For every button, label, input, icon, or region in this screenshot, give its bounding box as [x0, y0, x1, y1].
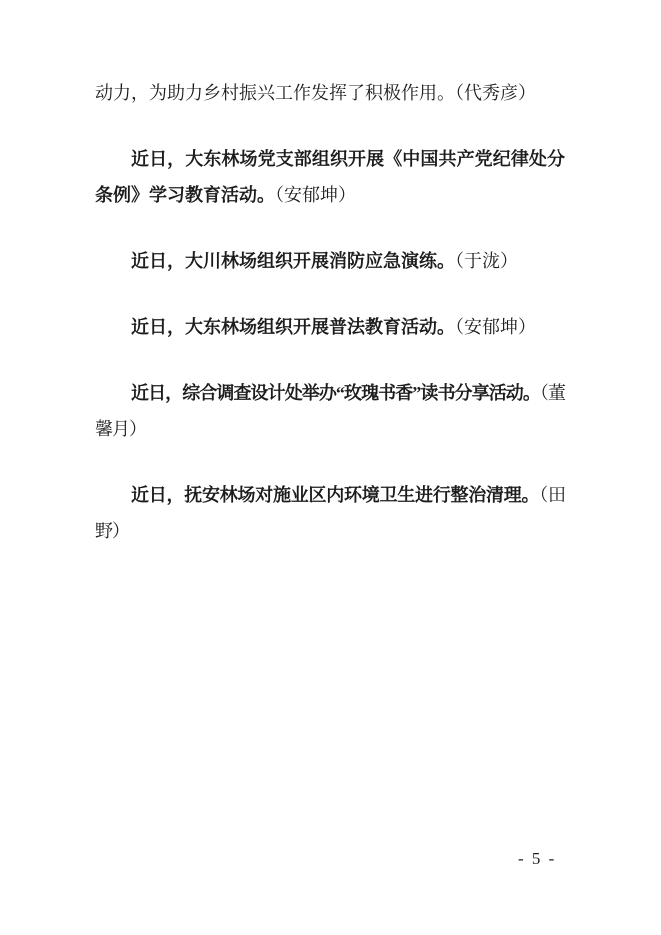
- document-page: 动力，为助力乡村振兴工作发挥了积极作用。（代秀彦） 近日，大东林场党支部组织开展…: [0, 0, 661, 935]
- page-number: - 5 -: [518, 849, 556, 869]
- news-paragraph: 近日，大东林场党支部组织开展《中国共产党纪律处分条例》学习教育活动。（安郁坤）: [95, 141, 565, 213]
- author-name: （安郁坤）: [455, 317, 536, 337]
- author-name: （于泷）: [455, 251, 518, 271]
- news-text: 动力，为助力乡村振兴工作发挥了积极作用。: [95, 83, 455, 103]
- news-paragraph-continuation: 动力，为助力乡村振兴工作发挥了积极作用。（代秀彦）: [95, 75, 565, 111]
- author-name: （安郁坤）: [275, 185, 356, 205]
- news-paragraph: 近日，综合调查设计处举办“玫瑰书香”读书分享活动。（董馨月）: [95, 375, 565, 447]
- news-paragraph: 近日，大东林场组织开展普法教育活动。（安郁坤）: [95, 309, 565, 345]
- document-body: 动力，为助力乡村振兴工作发挥了积极作用。（代秀彦） 近日，大东林场党支部组织开展…: [95, 75, 565, 549]
- news-paragraph: 近日，抚安林场对施业区内环境卫生进行整治清理。（田野）: [95, 477, 565, 549]
- news-paragraph: 近日，大川林场组织开展消防应急演练。（于泷）: [95, 243, 565, 279]
- news-text: 近日，大川林场组织开展消防应急演练。: [131, 251, 455, 271]
- news-text: 近日，大东林场组织开展普法教育活动。: [131, 317, 455, 337]
- news-text: 近日，抚安林场对施业区内环境卫生进行整治清理。: [131, 485, 539, 505]
- author-name: （代秀彦）: [455, 83, 536, 103]
- news-text: 近日，综合调查设计处举办“玫瑰书香”读书分享活动。: [131, 383, 540, 403]
